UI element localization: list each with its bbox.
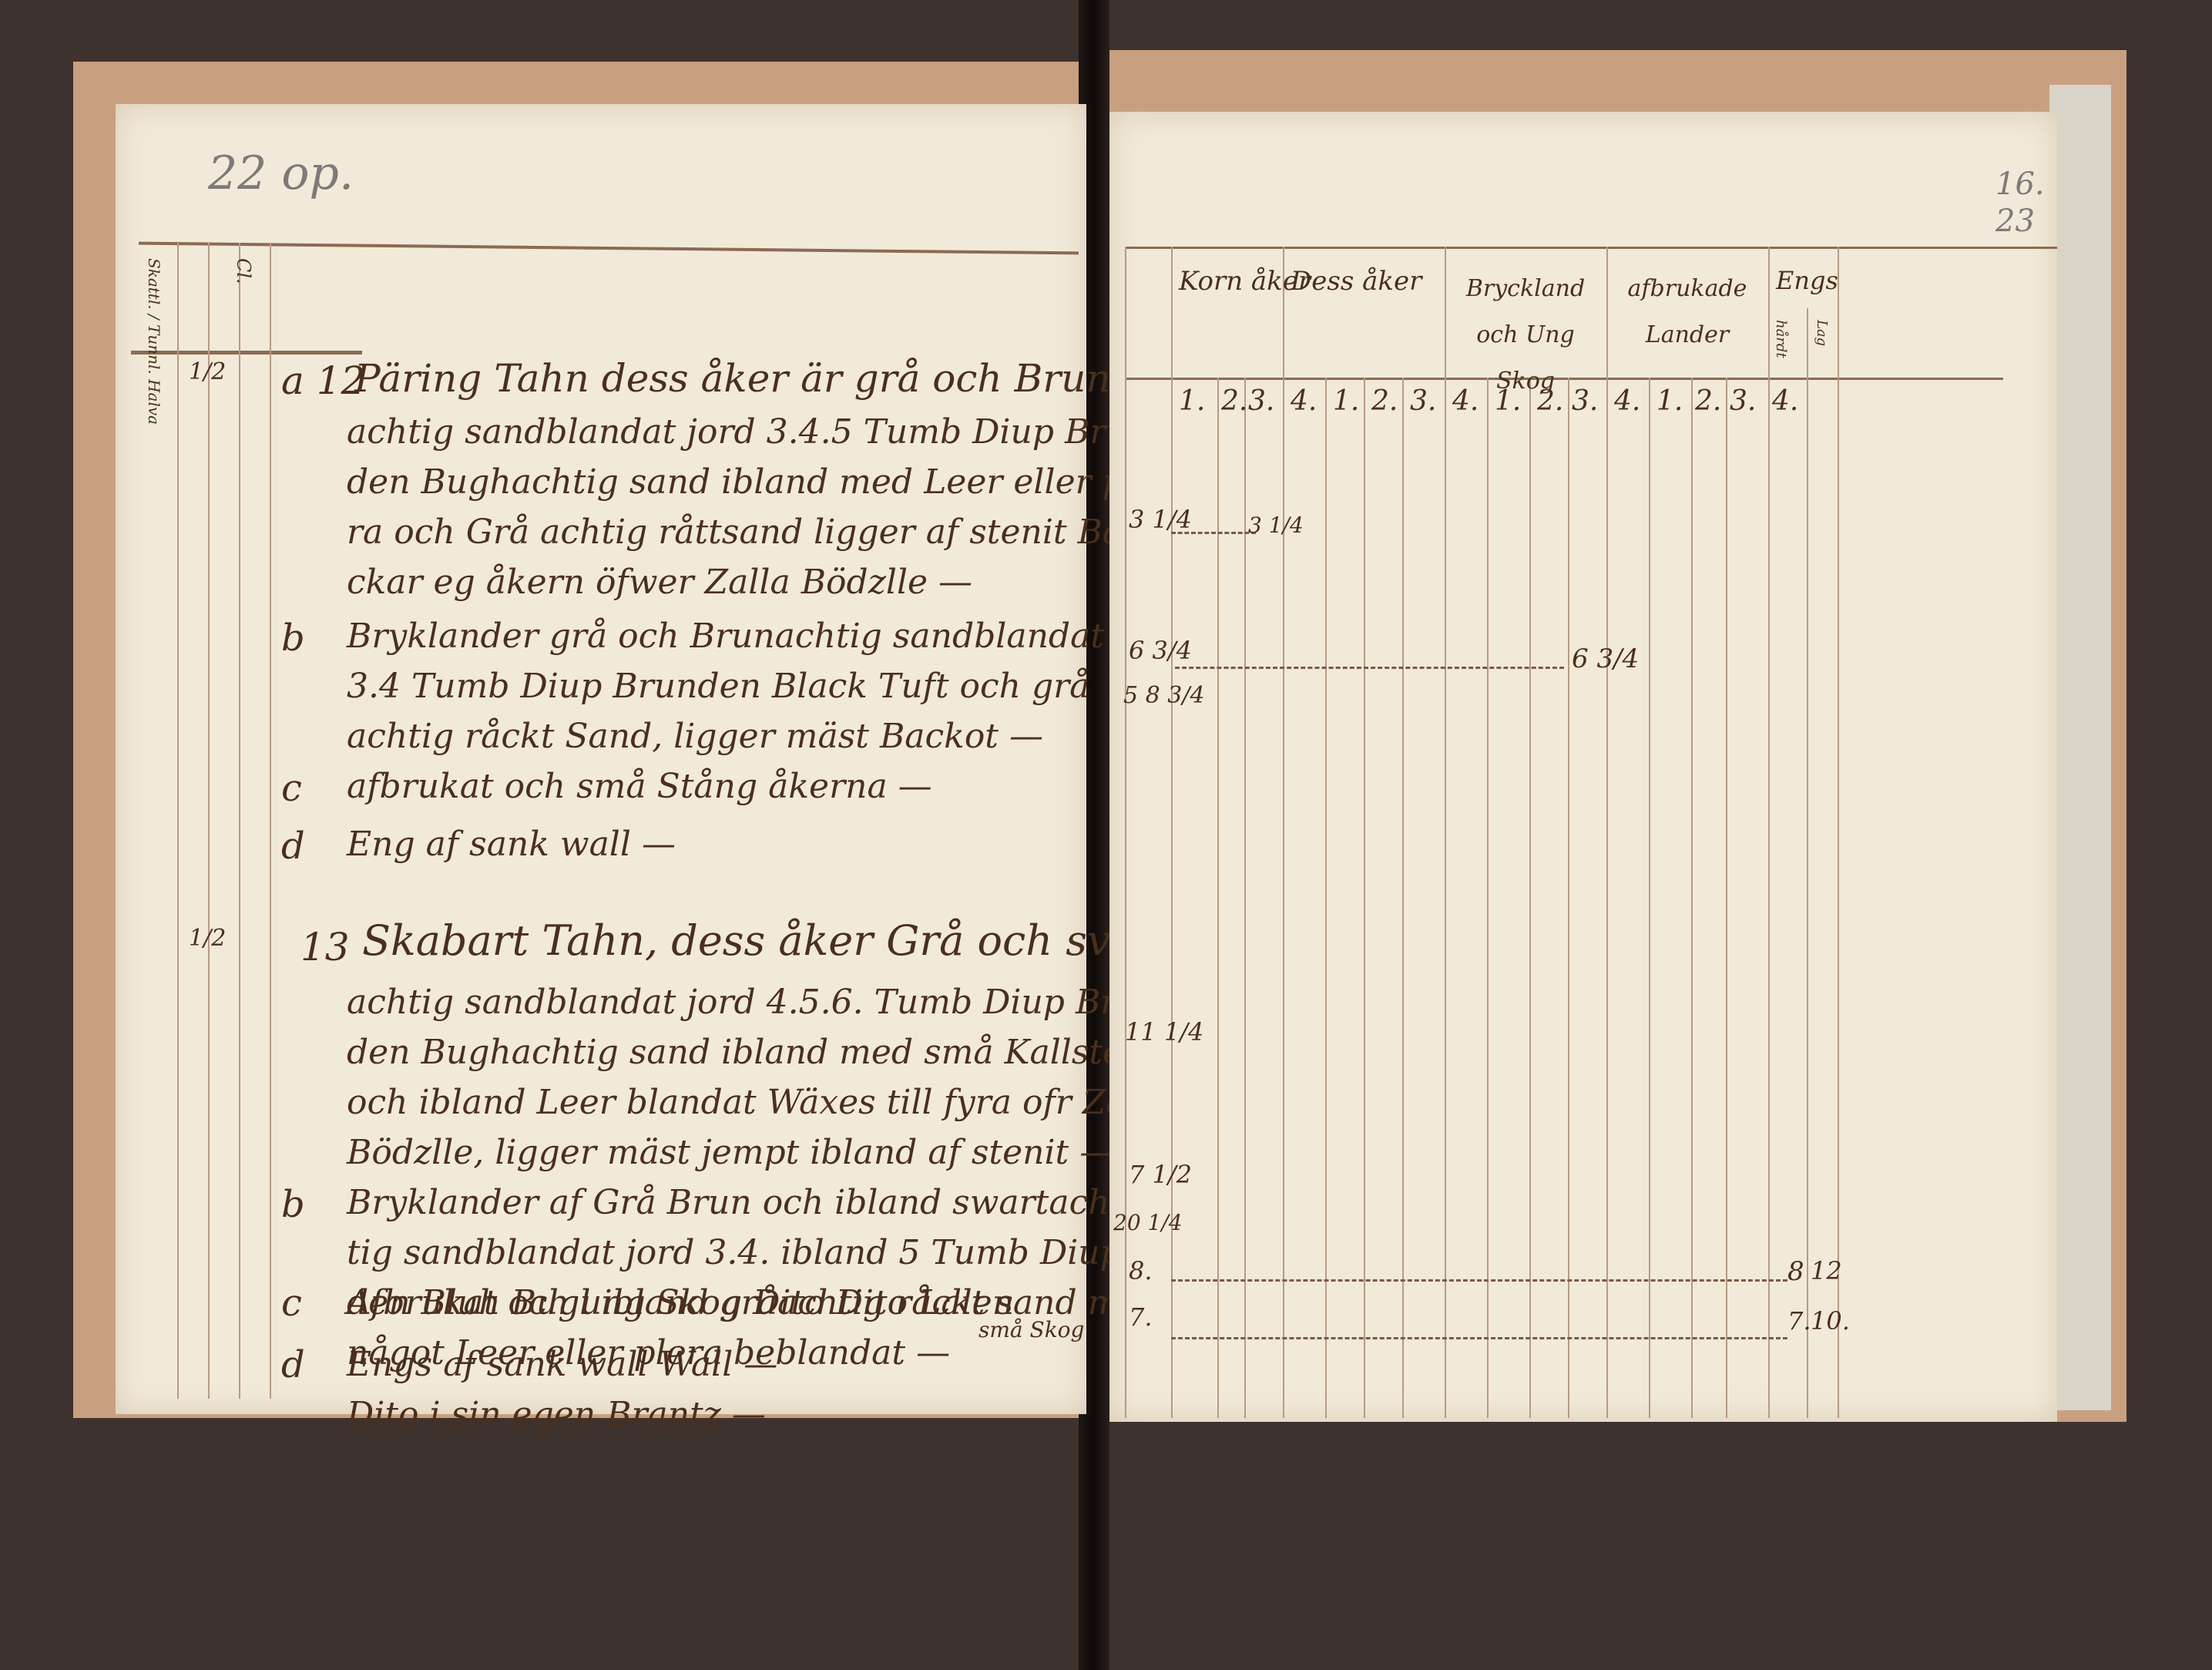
row-total-4: 11 1/4 — [1125, 1017, 1203, 1047]
left-page-number: 22 op. — [208, 146, 354, 200]
row-total-8: 7. — [1129, 1302, 1153, 1332]
sub-bryck-2: 2. — [1537, 385, 1563, 417]
entry-13-label-b: b — [281, 1183, 305, 1226]
col-line-4 — [1283, 247, 1284, 1418]
sub-bryck-4: 4. — [1614, 385, 1640, 417]
row-total-2: 6 3/4 — [1129, 636, 1192, 665]
sub-afbr-4: 4. — [1772, 385, 1798, 417]
row-7-engs-lag: 12 — [1811, 1256, 1842, 1285]
entry-label-b: b — [281, 617, 305, 660]
row-7-engs-hardt: 8 — [1787, 1256, 1804, 1287]
entry-12c-line-1: afbrukat och små Stång åkerna — — [347, 767, 932, 807]
sub-korn-2: 2. — [1221, 385, 1247, 417]
sub-korn-4: 4. — [1291, 385, 1317, 417]
row-8-engs-hardt: 7. — [1787, 1306, 1811, 1336]
row-total-6: 20 1/4 — [1113, 1210, 1183, 1235]
page-stack-right — [2049, 85, 2111, 1410]
header-top-rule — [139, 242, 1079, 255]
col-line-6 — [1364, 378, 1365, 1418]
entry-label-a12: a 12 — [281, 358, 365, 403]
entry-12b-line-2: 3.4 Tumb Diup Brunden Black Tuft och grå — [347, 667, 1089, 707]
sub-afbr-3: 3. — [1730, 385, 1756, 417]
col-line-10 — [1529, 378, 1531, 1418]
header-bottom-rule — [131, 351, 362, 354]
table-top-rule — [1125, 247, 2057, 249]
sub-korn-1: 1. — [1179, 385, 1205, 417]
entry-13b-line-2: tig sandblandat jord 3.4. ibland 5 Tumb … — [347, 1233, 1217, 1273]
entry-12-line-5: ckar eg åkern öfwer Zalla Bödzlle — — [347, 563, 972, 603]
entry-13-line-4: och ibland Leer blandat Wäxes till fyra … — [347, 1083, 1168, 1123]
col-line-13 — [1649, 378, 1650, 1418]
col-line-15 — [1726, 378, 1727, 1418]
entry-13c-line-1: Afbrukat och ung Skog Dito Dito Lalen — [347, 1283, 1014, 1323]
row-total-7: 8. — [1129, 1256, 1153, 1285]
col-line-1 — [1171, 247, 1173, 1418]
entry-13-line-2: achtig sandblandat jord 4.5.6. Tumb Diup… — [347, 983, 1171, 1023]
row-total-1: 3 1/4 — [1129, 505, 1192, 534]
entry-12-line-4: ra och Grå achtig råttsand ligger af ste… — [347, 512, 1134, 553]
entry-12-line-3: den Bughachtig sand ibland med Leer elle… — [347, 462, 1166, 502]
col-line-11 — [1568, 378, 1569, 1418]
sub-dess-2: 2. — [1371, 385, 1398, 417]
entry-13-line-5: Bödzlle, ligger mäst jempt ibland af ste… — [347, 1133, 1113, 1173]
margin-col-line-1 — [177, 243, 179, 1399]
margin-col-line-3 — [239, 243, 240, 1399]
sub-dess-4: 4. — [1452, 385, 1479, 417]
sub-dess-1: 1. — [1333, 385, 1359, 417]
entry-12b-line-1: Bryklander grå och Brunachtig sandblanda… — [347, 617, 1183, 657]
sub-bryck-1: 1. — [1495, 385, 1521, 417]
entry-13-line-3: den Bughachtig sand ibland med små Kalls… — [347, 1033, 1144, 1073]
entry-13e-line-1: Dito i sin egen Brantz — — [347, 1395, 766, 1435]
entry-label-c: c — [281, 767, 302, 810]
col-line-9 — [1487, 378, 1489, 1418]
entry-13-line-1: Skabart Tahn, dess åker Grå och svart — [362, 921, 1172, 961]
entry-12b-line-3: achtig råckt Sand, ligger mäst Backot — — [347, 717, 1043, 757]
row-dash-1 — [1171, 532, 1256, 534]
margin-value-13: 1/2 — [189, 925, 226, 952]
col-line-17 — [1807, 308, 1808, 1418]
colgroup-afbrukade: afbrukade Lander — [1618, 266, 1757, 358]
margin-value-12: 1/2 — [189, 358, 226, 385]
entry-13-label-c: c — [281, 1283, 302, 1323]
entry-13b-line-1: Bryklander af Grå Brun och ibland swarta… — [347, 1183, 1121, 1223]
col-line-0 — [1125, 247, 1126, 1418]
right-page: 16. 23 Korn åker Dess åker Bryckland och… — [1109, 112, 2057, 1422]
col-line-5 — [1325, 378, 1327, 1418]
row-8-engs-lag: 10. — [1811, 1306, 1850, 1336]
engs-sub-hardt: hårdt — [1773, 320, 1789, 358]
row-1-korn3: 3 1/4 — [1248, 512, 1304, 538]
entry-12-line-1: Päring Tahn dess åker är grå och Brun — [354, 358, 1111, 398]
row-dash-7 — [1171, 1279, 1787, 1282]
entry-12d-line-1: Eng af sank wall — — [347, 825, 676, 865]
colgroup-bryckland: Bryckland och Ung Skog — [1452, 266, 1599, 405]
header-col-cl: Cl. — [233, 258, 254, 284]
col-line-7 — [1402, 378, 1404, 1418]
row-dash-8 — [1171, 1337, 1787, 1339]
row-dash-2 — [1175, 667, 1564, 669]
row-2-bryck3: 6 3/4 — [1572, 643, 1639, 674]
entry-13d-line-1: Engs af sank wall Wall — — [347, 1345, 777, 1385]
col-line-14 — [1691, 378, 1693, 1418]
sub-afbr-1: 1. — [1656, 385, 1683, 417]
col-line-18 — [1838, 247, 1839, 1418]
entry-label-13: 13 — [300, 925, 350, 969]
engs-sub-lag: Lag — [1814, 320, 1830, 346]
colgroup-dess-aker: Dess åker — [1291, 266, 1422, 297]
colgroup-engs: Engs — [1776, 266, 1838, 295]
entry-label-d: d — [281, 825, 305, 868]
sub-korn-3: 3. — [1248, 385, 1274, 417]
col-line-8 — [1445, 247, 1446, 1418]
entry-13-label-d: d — [281, 1345, 305, 1385]
row-total-3: 5 8 3/4 — [1123, 682, 1205, 709]
left-page: 22 op. Skattl. / Tunnl. Halva Cl. 1/2 a … — [116, 104, 1086, 1414]
col-line-16 — [1768, 247, 1770, 1418]
entry-12-line-2: achtig sandblandat jord 3.4.5 Tumb Diup … — [347, 412, 1150, 452]
margin-col-line-2 — [208, 243, 210, 1399]
sub-dess-3: 3. — [1410, 385, 1436, 417]
col-line-12 — [1606, 247, 1608, 1418]
row-total-5: 7 1/2 — [1129, 1160, 1192, 1189]
header-col-skattl: Skattl. / Tunnl. Halva — [145, 258, 163, 425]
right-page-number: 16. 23 — [1995, 166, 2049, 240]
entry-13c-line-2: små Skog — [978, 1310, 1084, 1350]
sub-bryck-3: 3. — [1572, 385, 1598, 417]
sub-afbr-2: 2. — [1695, 385, 1721, 417]
margin-col-line-4 — [270, 243, 271, 1399]
